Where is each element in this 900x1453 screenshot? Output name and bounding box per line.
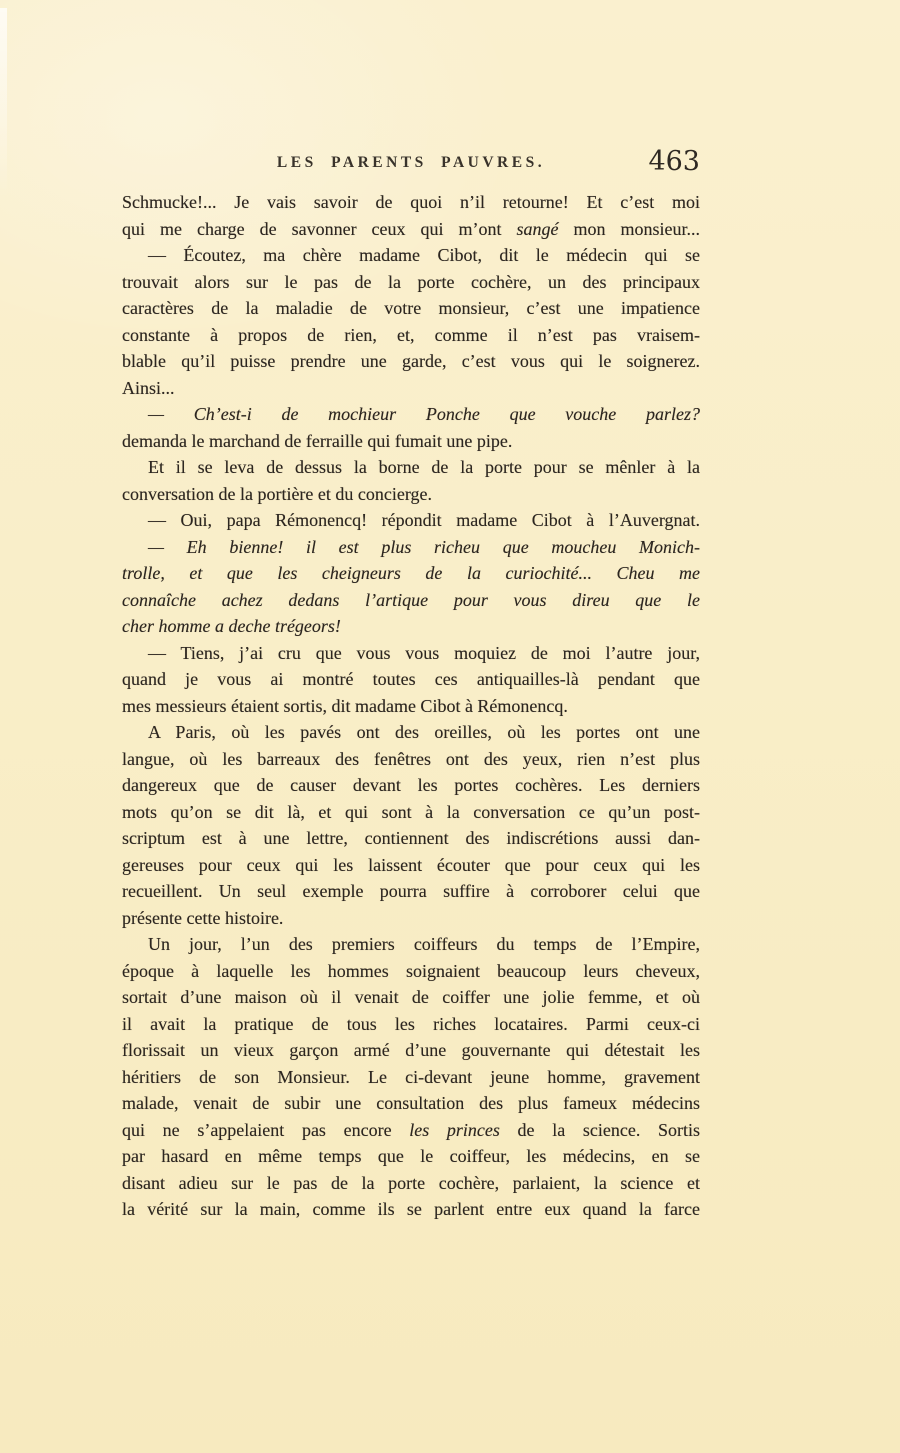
text-segment: Et il se leva de dessus la borne de la p… (148, 457, 700, 477)
text-segment: époque à laquelle les hommes soignaient … (122, 961, 700, 981)
italic-text-segment: les princes (409, 1120, 500, 1140)
text-line: florissait un vieux garçon armé d’une go… (122, 1037, 700, 1064)
text-segment: quand je vous ai montré toutes ces antiq… (122, 669, 700, 689)
book-page: LES PARENTS PAUVRES. 463 Schmucke!... Je… (0, 0, 900, 1453)
text-line: par hasard en même temps que le coiffeur… (122, 1143, 700, 1170)
italic-text-segment: connaîche achez dedans l’artique pour vo… (122, 590, 700, 610)
text-segment: langue, où les barreaux des fenêtres ont… (122, 749, 700, 769)
text-segment: trouvait alors sur le pas de la porte co… (122, 272, 700, 292)
text-segment: héritiers de son Monsieur. Le ci-devant … (122, 1067, 700, 1087)
text-line: constante à propos de rien, et, comme il… (122, 322, 700, 349)
text-line: connaîche achez dedans l’artique pour vo… (122, 587, 700, 614)
running-title: LES PARENTS PAUVRES. (122, 146, 700, 180)
text-segment: recueillent. Un seul exemple pourra suff… (122, 881, 700, 901)
text-line: dangereux que de causer devant les porte… (122, 772, 700, 799)
text-line: sortait d’une maison où il venait de coi… (122, 984, 700, 1011)
text-line: caractères de la maladie de votre monsie… (122, 295, 700, 322)
italic-text-segment: trolle, et que les cheigneurs de la curi… (122, 563, 700, 583)
italic-text-segment: — Eh bienne! il est plus richeu que mouc… (148, 537, 700, 557)
text-line: A Paris, où les pavés ont des oreilles, … (122, 719, 700, 746)
text-line: qui ne s’appelaient pas encore les princ… (122, 1117, 700, 1144)
text-segment: présente cette histoire. (122, 908, 283, 928)
text-line: époque à laquelle les hommes soignaient … (122, 958, 700, 985)
text-line: mots qu’on se dit là, et qui sont à la c… (122, 799, 700, 826)
scan-edge (0, 8, 7, 198)
text-segment: gereuses pour ceux qui les laissent écou… (122, 855, 700, 875)
text-body: Schmucke!... Je vais savoir de quoi n’il… (122, 189, 700, 1223)
text-segment: dangereux que de causer devant les porte… (122, 775, 700, 795)
text-line: — Tiens, j’ai cru que vous vous moquiez … (122, 640, 700, 667)
text-segment: sortait d’une maison où il venait de coi… (122, 987, 700, 1007)
text-segment: — Oui, papa Rémonencq! répondit madame C… (148, 510, 700, 530)
text-line: — Ch’est-i de mochieur Ponche que vouche… (122, 401, 700, 428)
text-line: la vérité sur la main, comme ils se parl… (122, 1196, 700, 1223)
text-line: scriptum est à une lettre, contiennent d… (122, 825, 700, 852)
text-segment: par hasard en même temps que le coiffeur… (122, 1146, 700, 1166)
text-line: Schmucke!... Je vais savoir de quoi n’il… (122, 189, 700, 216)
running-head: LES PARENTS PAUVRES. 463 (122, 146, 700, 178)
text-segment: la vérité sur la main, comme ils se parl… (122, 1199, 700, 1219)
text-line: mes messieurs étaient sortis, dit madame… (122, 693, 700, 720)
text-segment: il avait la pratique de tous les riches … (122, 1014, 700, 1034)
text-line: blable qu’il puisse prendre une garde, c… (122, 348, 700, 375)
text-segment: disant adieu sur le pas de la porte coch… (122, 1173, 700, 1193)
text-line: quand je vous ai montré toutes ces antiq… (122, 666, 700, 693)
text-line: Ainsi... (122, 375, 700, 402)
text-line: — Oui, papa Rémonencq! répondit madame C… (122, 507, 700, 534)
text-segment: Schmucke!... Je vais savoir de quoi n’il… (122, 192, 700, 212)
text-line: trolle, et que les cheigneurs de la curi… (122, 560, 700, 587)
text-line: héritiers de son Monsieur. Le ci-devant … (122, 1064, 700, 1091)
text-line: qui me charge de savonner ceux qui m’ont… (122, 216, 700, 243)
italic-text-segment: — Ch’est-i de mochieur Ponche que vouche… (148, 404, 700, 424)
text-segment: qui ne s’appelaient pas encore (122, 1120, 409, 1140)
text-segment: — Écoutez, ma chère madame Cibot, dit le… (148, 245, 700, 265)
text-line: — Eh bienne! il est plus richeu que mouc… (122, 534, 700, 561)
text-segment: blable qu’il puisse prendre une garde, c… (122, 351, 700, 371)
text-segment: — Tiens, j’ai cru que vous vous moquiez … (148, 643, 700, 663)
text-line: il avait la pratique de tous les riches … (122, 1011, 700, 1038)
text-line: — Écoutez, ma chère madame Cibot, dit le… (122, 242, 700, 269)
text-line: trouvait alors sur le pas de la porte co… (122, 269, 700, 296)
text-segment: florissait un vieux garçon armé d’une go… (122, 1040, 700, 1060)
text-segment: mes messieurs étaient sortis, dit madame… (122, 696, 568, 716)
text-segment: scriptum est à une lettre, contiennent d… (122, 828, 700, 848)
text-segment: caractères de la maladie de votre monsie… (122, 298, 700, 318)
text-segment: Ainsi... (122, 378, 175, 398)
text-segment: A Paris, où les pavés ont des oreilles, … (148, 722, 700, 742)
text-line: recueillent. Un seul exemple pourra suff… (122, 878, 700, 905)
text-segment: constante à propos de rien, et, comme il… (122, 325, 700, 345)
text-line: présente cette histoire. (122, 905, 700, 932)
italic-text-segment: sangé (517, 219, 559, 239)
text-line: disant adieu sur le pas de la porte coch… (122, 1170, 700, 1197)
text-segment: Un jour, l’un des premiers coiffeurs du … (148, 934, 700, 954)
text-line: gereuses pour ceux qui les laissent écou… (122, 852, 700, 879)
text-segment: mots qu’on se dit là, et qui sont à la c… (122, 802, 700, 822)
text-line: Un jour, l’un des premiers coiffeurs du … (122, 931, 700, 958)
text-segment: conversation de la portière et du concie… (122, 484, 432, 504)
text-line: malade, venait de subir une consultation… (122, 1090, 700, 1117)
text-line: demanda le marchand de ferraille qui fum… (122, 428, 700, 455)
text-line: Et il se leva de dessus la borne de la p… (122, 454, 700, 481)
text-line: conversation de la portière et du concie… (122, 481, 700, 508)
page-number: 463 (648, 146, 700, 178)
italic-text-segment: cher homme a deche trégeors! (122, 616, 341, 636)
text-line: langue, où les barreaux des fenêtres ont… (122, 746, 700, 773)
text-segment: de la science. Sortis (500, 1120, 700, 1140)
text-segment: qui me charge de savonner ceux qui m’ont (122, 219, 517, 239)
text-segment: mon monsieur... (559, 219, 700, 239)
text-line: cher homme a deche trégeors! (122, 613, 700, 640)
text-segment: malade, venait de subir une consultation… (122, 1093, 700, 1113)
text-segment: demanda le marchand de ferraille qui fum… (122, 431, 512, 451)
